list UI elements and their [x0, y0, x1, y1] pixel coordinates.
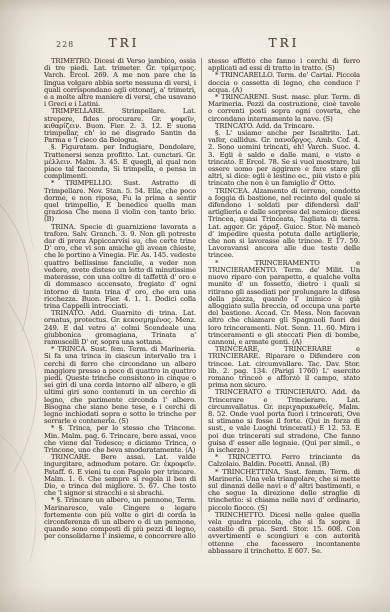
dictionary-paragraph: * TRINCERAMENTO e TRINCIERAMENTO. Term. …	[208, 260, 360, 346]
column-divider-rule	[201, 58, 202, 555]
dictionary-paragraph: * TRINCHETTINA. Sust. femm. Term. di Mar…	[208, 469, 360, 512]
running-head-right: TRI	[204, 36, 364, 50]
dictionary-paragraph: TRINCARE. Bere assai. Lat. valde ingurgi…	[44, 454, 196, 497]
dictionary-paragraph: §. Figuratam. per Indugiare, Dondolare, …	[44, 144, 196, 180]
dictionary-paragraph: * TRIMPELLIO. Sust. Astratto di Trimpell…	[44, 180, 196, 223]
dictionary-paragraph: TRINA. Specie di guarnizione lavorata a …	[44, 224, 196, 310]
dictionary-paragraph: * TRINCARENI. Sust. masc. plur. Term. di…	[208, 94, 360, 123]
dictionary-paragraph: §. L' usiamo anche per Iscaltrito. Lat. …	[208, 130, 360, 188]
dictionary-paragraph: * TRINCARELLO. Term. de' Cartai. Piccola…	[208, 72, 360, 94]
left-column: TRIMETRO. Dicesi di Verso jambico, ossia…	[44, 58, 196, 555]
header-right-half: TRI	[204, 36, 364, 52]
dictionary-paragraph: TRINCERATO e TRINCIERATO. Add. da Trince…	[208, 389, 360, 454]
dictionary-paragraph: * §. Trinca, per lo stesso che Trincone.…	[44, 425, 196, 454]
dictionary-paragraph: * TRINCA. Sust. fem. Term. di Marineria.…	[44, 346, 196, 425]
right-column: stesso effetto che fanno i cerchi di fer…	[208, 58, 360, 555]
dictionary-paragraph: * §. Trincare un albero, un pennone, Ter…	[44, 497, 196, 540]
scanned-dictionary-page: 228 TRI TRI TRIMETRO. Dicesi di Verso ja…	[0, 0, 390, 612]
dictionary-paragraph: * TRINCETTO. Ferro trinciante da Calzola…	[208, 454, 360, 468]
dictionary-paragraph: TRINCEA. Alzamento di terreno, condotto …	[208, 188, 360, 260]
dictionary-paragraph: TRINCEARE, TRINCERARE e TRINCIERARE. Rip…	[208, 346, 360, 389]
running-head-left: TRI	[44, 36, 204, 50]
dictionary-paragraph: TRINCHETTO. Dicesi nelle galee quella ve…	[208, 512, 360, 555]
dictionary-paragraph: TRINATO. Add. Guarnito di trina. Lat. or…	[44, 310, 196, 346]
header-left-half: 228 TRI	[44, 36, 204, 52]
dictionary-paragraph: TRIMPELLARE. Strimpellare. Lat. strepere…	[44, 108, 196, 144]
page-header: 228 TRI TRI	[44, 36, 364, 52]
dictionary-paragraph: TRIMETRO. Dicesi di Verso jambico, ossia…	[44, 58, 196, 108]
text-columns: TRIMETRO. Dicesi di Verso jambico, ossia…	[44, 58, 366, 555]
